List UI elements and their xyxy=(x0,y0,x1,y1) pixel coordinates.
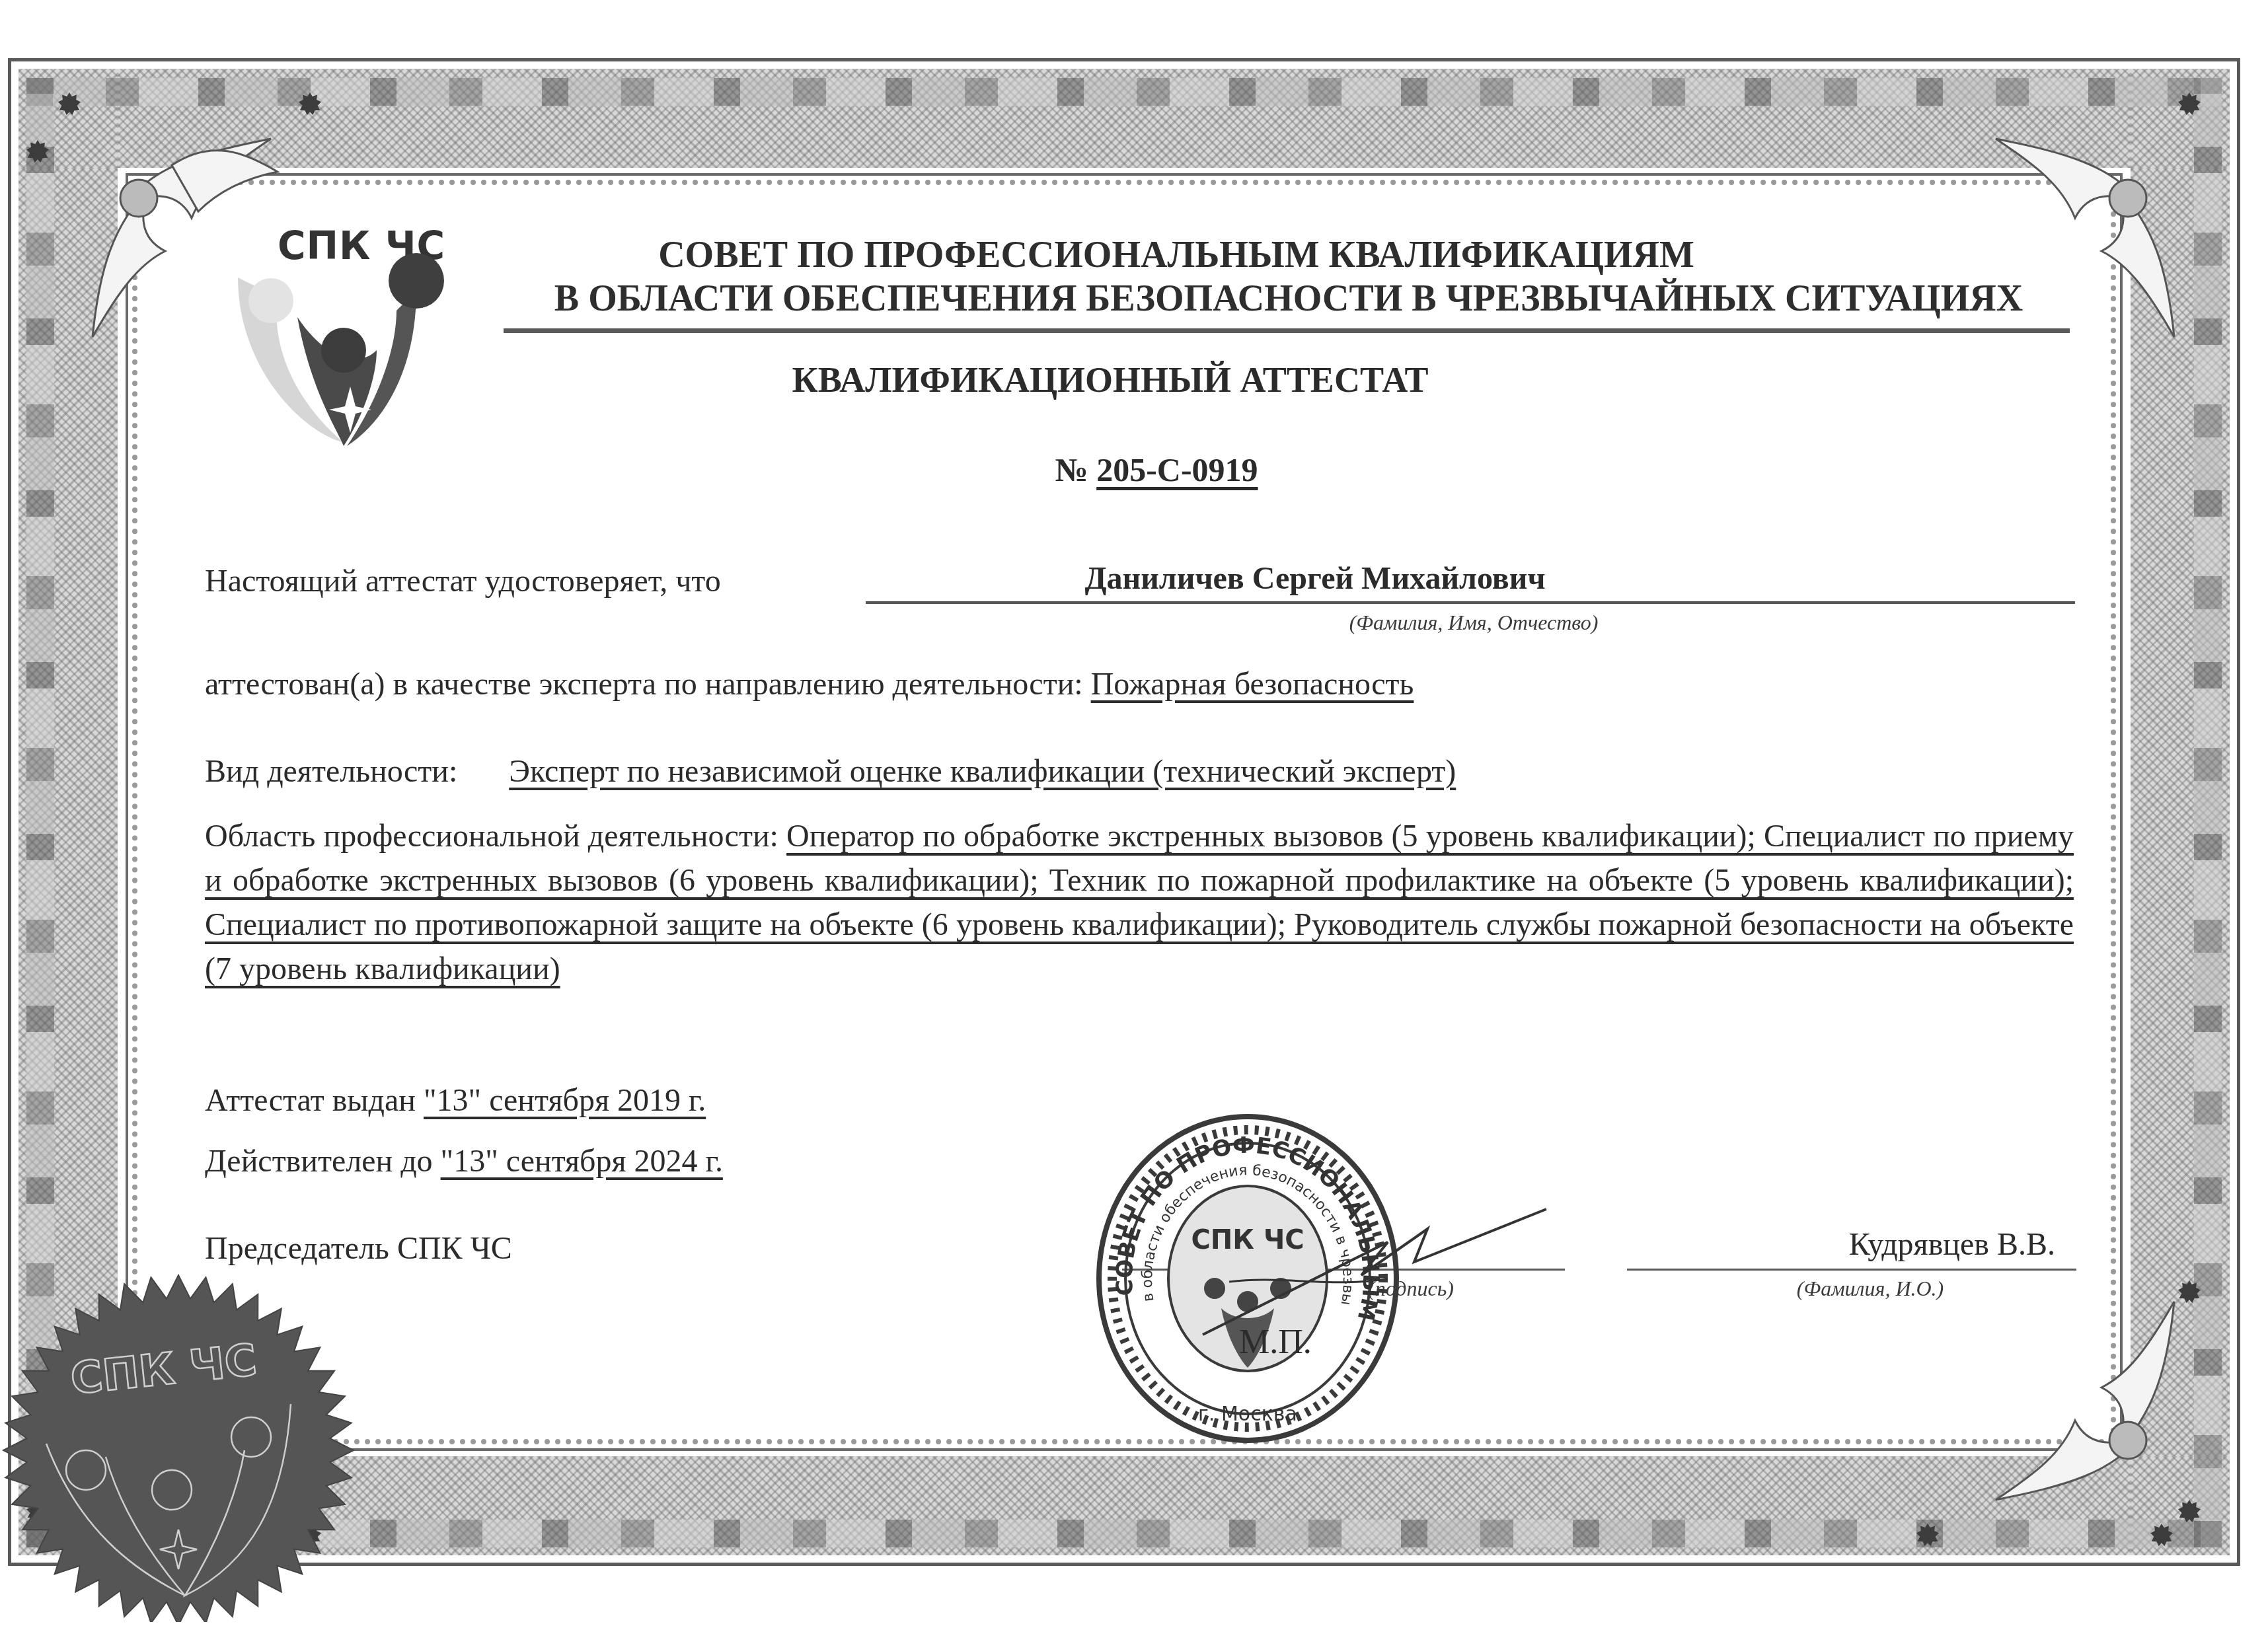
border-band-right xyxy=(2194,78,2222,1547)
people-emblem-icon xyxy=(198,218,496,456)
signatory-name-line xyxy=(1627,1269,2076,1271)
header-divider xyxy=(504,328,2070,333)
holder-name-line xyxy=(866,601,2075,604)
signatory-name-hint: (Фамилия, И.О.) xyxy=(1705,1276,2035,1301)
holder-intro: Настоящий аттестат удостоверяет, что xyxy=(205,566,721,597)
header-line-1: СОВЕТ ПО ПРОФЕССИОНАЛЬНЫМ КВАЛИФИКАЦИЯМ xyxy=(502,237,1850,274)
certificate-title: КВАЛИФИКАЦИОННЫЙ АТТЕСТАТ xyxy=(714,362,1507,398)
valid-label: Действителен до xyxy=(205,1144,433,1179)
activity-line: Вид деятельности: Эксперт по независимой… xyxy=(205,756,1456,788)
stamp-place-marker: М.П. xyxy=(1239,1325,1312,1360)
direction-value: Пожарная безопасность xyxy=(1091,667,1414,702)
embossed-seal: СПК ЧС xyxy=(0,1252,357,1622)
certificate-number: № 205-С-0919 xyxy=(925,453,1388,486)
activity-value: Эксперт по независимой оценке квалификац… xyxy=(509,754,1456,789)
organization-logo: СПК ЧС xyxy=(198,218,496,456)
holder-name-hint: (Фамилия, Имя, Отчество) xyxy=(1209,610,1738,635)
holder-name: Даниличев Сергей Михайлович xyxy=(866,563,1764,595)
valid-date: "13" сентября 2024 г. xyxy=(441,1144,723,1179)
direction-label: аттестован(а) в качестве эксперта по нап… xyxy=(205,667,1083,702)
direction-line: аттестован(а) в качестве эксперта по нап… xyxy=(205,669,1414,700)
certificate-page: СПК ЧС СОВЕТ ПО ПРОФЕССИОНАЛЬНЫМ КВАЛИФИ… xyxy=(0,0,2268,1628)
issued-date: "13" сентября 2019 г. xyxy=(424,1083,706,1118)
acanthus-ornament-icon xyxy=(1976,1295,2194,1513)
activity-label: Вид деятельности: xyxy=(205,754,457,789)
border-band-top xyxy=(26,78,2222,106)
scope-paragraph: Область профессиональной деятельности: О… xyxy=(205,814,2074,991)
valid-line: Действителен до "13" сентября 2024 г. xyxy=(205,1146,723,1177)
signatory-name: Кудрявцев В.В. xyxy=(1672,1229,2055,1261)
number-value: 205-С-0919 xyxy=(1096,451,1258,488)
header-line-2: В ОБЛАСТИ ОБЕСПЕЧЕНИЯ БЕЗОПАСНОСТИ В ЧРЕ… xyxy=(502,280,2075,317)
starburst-seal-icon: СПК ЧС xyxy=(0,1252,357,1622)
issued-label: Аттестат выдан xyxy=(205,1083,416,1118)
issued-line: Аттестат выдан "13" сентября 2019 г. xyxy=(205,1085,706,1117)
stamp-city: г. Москва xyxy=(1198,1403,1297,1426)
number-prefix: № xyxy=(1055,451,1088,488)
scope-label: Область профессиональной деятельности: xyxy=(205,819,778,854)
